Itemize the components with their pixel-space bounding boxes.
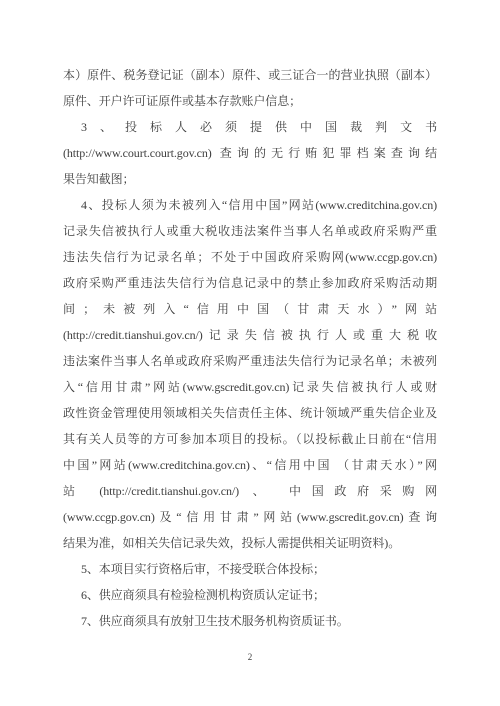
- document-body: 本）原件、税务登记证（副本）原件、或三证合一的营业执照（副本） 原件、开户许可证…: [0, 0, 500, 634]
- text-line: 3、投标人必须提供中国裁判文书: [63, 114, 437, 140]
- text-line: 中国”网站(www.creditchina.gov.cn)、“信用中国 （甘肃天…: [63, 452, 437, 478]
- text-line: 违法案件当事人名单或政府采购严重违法失信行为记录名单；未被列: [63, 348, 437, 374]
- text-line: (http://credit.tianshui.gov.cn/)记录失信被执行人…: [63, 322, 437, 348]
- text-line: 其有关人员等的方可参加本项目的投标。（以投标截止日前在“信用: [63, 426, 437, 452]
- page-number: 2: [0, 651, 500, 664]
- text-line: 7、供应商须具有放射卫生技术服务机构资质证书。: [63, 608, 437, 634]
- text-line: 6、供应商须具有检验检测机构资质认定证书；: [63, 582, 437, 608]
- text-line: 政性资金管理使用领域相关失信责任主体、统计领域严重失信企业及: [63, 400, 437, 426]
- text-line: 原件、开户许可证原件或基本存款账户信息；: [63, 88, 437, 114]
- document-page: 本）原件、税务登记证（副本）原件、或三证合一的营业执照（副本） 原件、开户许可证…: [0, 0, 500, 706]
- text-line: (www.ccgp.gov.cn)及“信用甘肃”网站(www.gscredit.…: [63, 504, 437, 530]
- text-line: 间；未被列入“信用中国（甘肃天水）”网站: [63, 296, 437, 322]
- text-line: 5、本项目实行资格后审，不接受联合体投标；: [63, 556, 437, 582]
- text-line: 果告知截图；: [63, 166, 437, 192]
- text-line: 政府采购严重违法失信行为信息记录中的禁止参加政府采购活动期: [63, 270, 437, 296]
- text-line: (http://www.court.court.gov.cn) 查询的无行贿犯罪…: [63, 140, 437, 166]
- text-line: 记录失信被执行人或重大税收违法案件当事人名单或政府采购严重: [63, 218, 437, 244]
- text-line: 4、投标人须为未被列入“信用中国”网站(www.creditchina.gov.…: [63, 192, 437, 218]
- text-line: 违法失信行为记录名单；不处于中国政府采购网(www.ccgp.gov.cn): [63, 244, 437, 270]
- text-line: 站 (http://credit.tianshui.gov.cn/) 、 中国政…: [63, 478, 437, 504]
- text-line: 入“信用甘肃”网站(www.gscredit.gov.cn)记录失信被执行人或财: [63, 374, 437, 400]
- text-line: 结果为准，如相关失信记录失效，投标人需提供相关证明资料)。: [63, 530, 437, 556]
- text-line: 本）原件、税务登记证（副本）原件、或三证合一的营业执照（副本）: [63, 62, 437, 88]
